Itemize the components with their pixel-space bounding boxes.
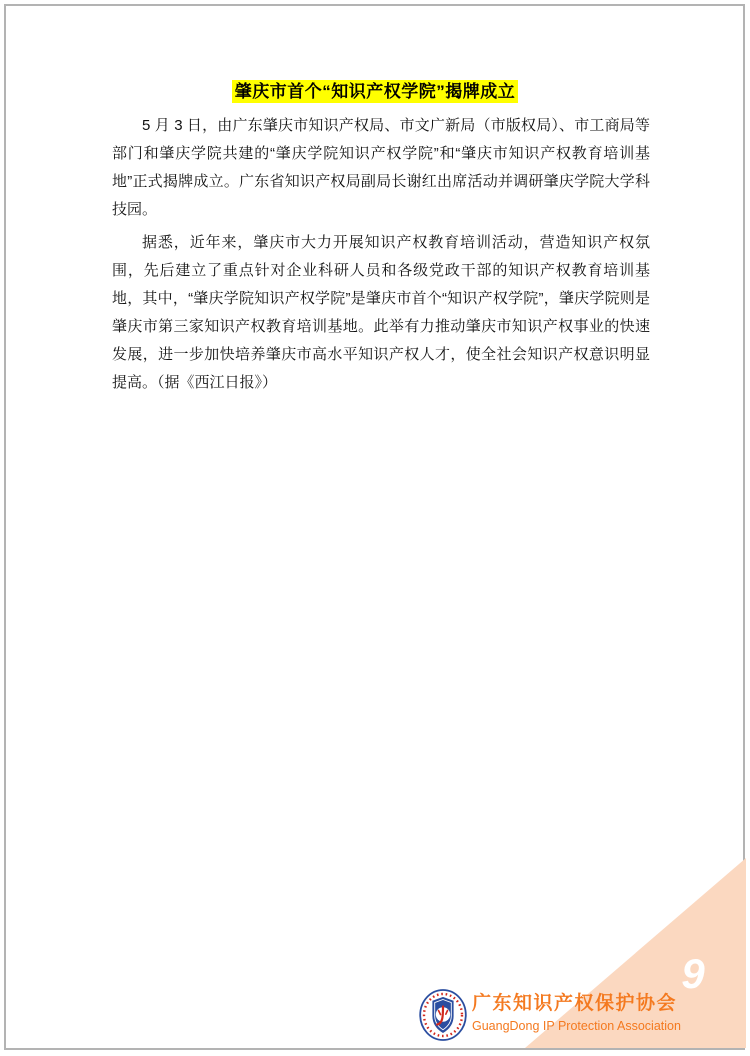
article-body: 5 月 3 日，由广东肇庆市知识产权局、市文广新局（市版权局）、市工商局等部门和… (112, 112, 650, 402)
paragraph-1: 5 月 3 日，由广东肇庆市知识产权局、市文广新局（市版权局）、市工商局等部门和… (112, 112, 650, 224)
page-number: 9 (660, 950, 726, 998)
association-name-zh: 广东知识产权保护协会 (472, 992, 732, 1016)
article-title: 肇庆市首个“知识产权学院”揭牌成立 (232, 80, 519, 103)
association-name-block: 广东知识产权保护协会 GuangDong IP Protection Assoc… (472, 992, 732, 1034)
association-badge-icon (419, 989, 467, 1041)
article-title-row: 肇庆市首个“知识产权学院”揭牌成立 (0, 80, 750, 103)
paragraph-2: 据悉，近年来，肇庆市大力开展知识产权教育培训活动，营造知识产权氛围，先后建立了重… (112, 229, 650, 397)
association-name-en: GuangDong IP Protection Association (472, 1018, 732, 1034)
